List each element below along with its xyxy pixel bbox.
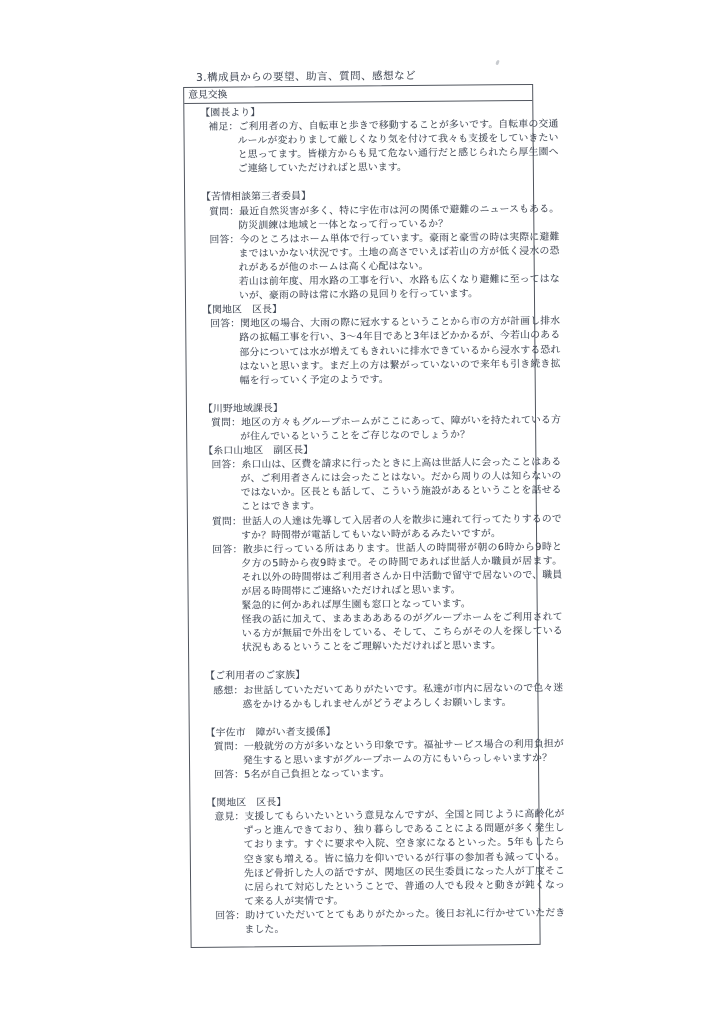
section-entries: 感想：お世話していただいてありがたいです。私達が市内に居ないので色々迷惑をかける… <box>205 682 533 713</box>
statement-text: 関地区の場合、大雨の際に冠水するということから市の方が計画し排水路の拡幅工事を行… <box>239 316 560 386</box>
statement-label: 回答： <box>212 544 243 555</box>
statement-text: 今のところはホーム単体で行っています。豪雨と豪雪の時は実際に避難まではいかない状… <box>239 231 560 273</box>
speaker-section: 【宇佐市 障がい者支援係】 質問：一般就労の方が多いなという印象です。福祉サービ… <box>206 724 534 783</box>
scanned-page: 3.構成員からの要望、助言、質問、感想など 意見交換 【園長より】 補足：ご利用… <box>0 0 724 1024</box>
statement-text: 5名が自己負担となっています。 <box>244 768 390 780</box>
statement: 意見：支援してもらいたいという意見なんですが、全国と同じように高齢化がずっと進ん… <box>214 808 565 910</box>
speaker-section: 【苦情相談第三者委員】 質問：最近自然災害が多く、特に宇佐市は河の関係で避難のニ… <box>201 188 530 304</box>
statement: 回答：今のところはホーム単体で行っています。豪雨と豪雪の時は実際に避難まではいか… <box>209 230 559 275</box>
section-heading: 3.構成員からの要望、助言、質問、感想など <box>196 69 535 84</box>
statement-text: 最近自然災害が多く、特に宇佐市は河の関係で避難のニュースもある。防災訓練は地域と… <box>238 203 559 231</box>
statement-text: お世話していただいてありがたいです。私達が市内に居ないので色々迷惑をかけるかもし… <box>242 682 563 710</box>
statement-label: 回答： <box>214 770 244 781</box>
statement-label: 質問： <box>211 417 241 428</box>
statement-text: 支援してもらいたいという意見なんですが、全国と同じように高齢化がずっと進んできて… <box>244 809 566 907</box>
statement-text: 世話人の人達は先導して入居者の人を散歩に連れて行ってたりするのですか？時間帯が電… <box>241 513 562 541</box>
speaker-section: 【ご利用者のご家族】 感想：お世話していただいてありがたいです。私達が市内に居な… <box>205 667 533 712</box>
speaker-section: 【川野地域課長】 質問：地区の方々もグループホームがここにあって、障がいを持たれ… <box>203 400 531 445</box>
speaker-section: 【園長より】 補足：ご利用者の方、自転車と歩きで移動することが多いです。自転車の… <box>200 104 529 177</box>
section-entries: 回答：糸口山は、区費を請求に行ったときに上高は世話人に会ったことはあるが、ご利用… <box>203 456 533 656</box>
statement-text: ご利用者の方、自転車と歩きで移動することが多いです。自転車の交通ルールが変わりま… <box>238 119 559 175</box>
statement: 質問：最近自然災害が多く、特に宇佐市は河の関係で避難のニュースもある。防災訓練は… <box>209 202 559 233</box>
statement-label: 回答： <box>211 460 241 471</box>
statement-label: 質問： <box>214 741 244 752</box>
document-content: 3.構成員からの要望、助言、質問、感想など 意見交換 【園長より】 補足：ご利用… <box>183 69 543 948</box>
discussion-box: 意見交換 【園長より】 補足：ご利用者の方、自転車と歩きで移動することが多いです… <box>183 84 541 948</box>
section-entries: 補足：ご利用者の方、自転車と歩きで移動することが多いです。自転車の交通ルールが変… <box>200 118 528 177</box>
section-entries: 質問：地区の方々もグループホームがここにあって、障がいを持たれている方が住んでい… <box>203 414 531 445</box>
discussion-body: 【園長より】 補足：ご利用者の方、自転車と歩きで移動することが多いです。自転車の… <box>184 101 539 947</box>
statement-label: 意見： <box>214 812 244 823</box>
statement-paragraph: 怪我の話に加えて、まあまあああるのがグループホームをご利用されている方が無届で外… <box>213 611 563 656</box>
statement: 回答：助けていただいてとてもありがたかった。後日お礼に行かせていただきました。 <box>215 907 565 938</box>
statement: 回答：散歩に行っている所はあります。世話人の時間帯が朝の6時から9時と夕方の5時… <box>212 540 562 599</box>
speaker-section: 【糸口山地区 副区長】 回答：糸口山は、区費を請求に行ったときに上高は世話人に会… <box>203 442 533 656</box>
statement-text: 糸口山は、区費を請求に行ったときに上高は世話人に会ったことはあるが、ご利用者さん… <box>241 457 562 513</box>
statement: 回答：関地区の場合、大雨の際に冠水するということから市の方が計画し排水路の拡幅工… <box>210 315 561 389</box>
section-entries: 回答：関地区の場合、大雨の際に冠水するということから市の方が計画し排水路の拡幅工… <box>202 315 531 388</box>
speaker-section: 【関地区 区長】 回答：関地区の場合、大雨の際に冠水するということから市の方が計… <box>202 301 531 388</box>
statement: 補足：ご利用者の方、自転車と歩きで移動することが多いです。自転車の交通ルールが変… <box>208 118 558 177</box>
section-entries: 意見：支援してもらいたいという意見なんですが、全国と同じように高齢化がずっと進ん… <box>206 808 535 938</box>
scan-speck <box>495 60 499 66</box>
statement-label: 質問： <box>212 516 242 527</box>
statement: 質問：一般就労の方が多いなという印象です。福祉サービス場合の利用負担が発生すると… <box>214 738 564 769</box>
statement-text: 地区の方々もグループホームがここにあって、障がいを持たれている方が住んでいるとい… <box>240 415 561 443</box>
statement: 感想：お世話していただいてありがたいです。私達が市内に居ないので色々迷惑をかける… <box>213 681 563 712</box>
statement-label: 感想： <box>213 685 243 696</box>
statement-text: 助けていただいてとてもありがたかった。後日お礼に行かせていただきました。 <box>244 908 565 936</box>
statement-label: 補足： <box>208 122 238 133</box>
statement-label: 回答： <box>215 910 245 921</box>
statement-label: 質問： <box>209 206 239 217</box>
speaker-section: 【関地区 区長】 意見：支援してもらいたいという意見なんですが、全国と同じように… <box>206 794 535 938</box>
section-entries: 質問：一般就労の方が多いなという印象です。福祉サービス場合の利用負担が発生すると… <box>206 738 534 783</box>
statement-text: 一般就労の方が多いなという印象です。福祉サービス場合の利用負担が発生すると思いま… <box>243 739 564 767</box>
section-entries: 質問：最近自然災害が多く、特に宇佐市は河の関係で避難のニュースもある。防災訓練は… <box>201 203 530 305</box>
statement-label: 回答： <box>210 319 240 330</box>
statement-text: 散歩に行っている所はあります。世話人の時間帯が朝の6時から9時と夕方の5時から夜… <box>241 541 562 597</box>
statement-label: 回答： <box>209 234 239 245</box>
statement: 質問：世話人の人達は先導して入居者の人を散歩に連れて行ってたりするのですか？時間… <box>212 512 562 543</box>
statement: 質問：地区の方々もグループホームがここにあって、障がいを持たれている方が住んでい… <box>211 414 561 445</box>
statement-paragraph: 若山は前年度、用水路の工事を行い、水路も広くなり避難に至ってはないが、豪雨の時は… <box>210 273 560 304</box>
statement: 回答：糸口山は、区費を請求に行ったときに上高は世話人に会ったことはあるが、ご利用… <box>211 456 561 515</box>
